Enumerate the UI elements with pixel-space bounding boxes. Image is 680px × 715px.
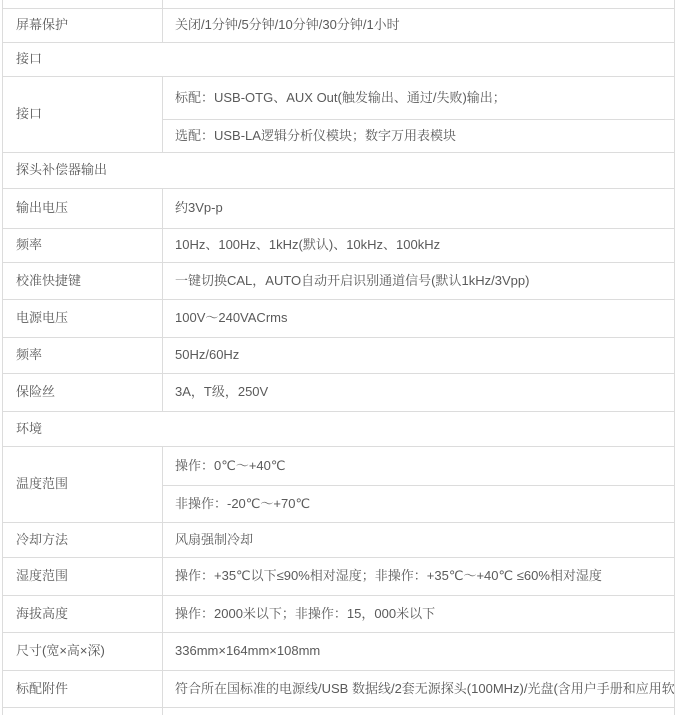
spec-table: 屏幕保护 关闭/1分钟/5分钟/10分钟/30分钟/1小时 接口 接口 标配：U…: [2, 0, 675, 715]
spec-label: 接口: [3, 76, 163, 152]
spec-row: 海拔高度 操作：2000米以下；非操作：15，000米以下: [3, 595, 675, 632]
spec-value: 10Hz、100Hz、1kHz(默认)、10kHz、100kHz: [163, 228, 675, 262]
spec-label: 保险丝: [3, 373, 163, 411]
partial-row-top: [3, 0, 675, 8]
spec-value: 符合所在国标准的电源线/USB 数据线/2套无源探头(100MHz)/光盘(含用…: [163, 670, 675, 707]
spec-label: 温度范围: [3, 446, 163, 522]
spec-value: 一键切换CAL，AUTO自动开启识别通道信号(默认1kHz/3Vpp): [163, 262, 675, 299]
spec-value: 100V～240VACrms: [163, 299, 675, 337]
spec-label: 海拔高度: [3, 595, 163, 632]
spec-row: 接口 标配：USB-OTG、AUX Out(触发输出、通过/失败)输出；: [3, 76, 675, 119]
spec-label: 输出电压: [3, 188, 163, 228]
spec-row: 尺寸(宽×高×深) 336mm×164mm×108mm: [3, 632, 675, 670]
spec-label: 频率: [3, 337, 163, 373]
spec-row: 屏幕保护 关闭/1分钟/5分钟/10分钟/30分钟/1小时: [3, 8, 675, 42]
spec-label: [3, 0, 163, 8]
spec-row: 温度范围 操作：0℃～+40℃: [3, 446, 675, 485]
spec-value: 标配：USB-OTG、AUX Out(触发输出、通过/失败)输出；: [163, 76, 675, 119]
section-title: 探头补偿器输出: [3, 152, 675, 188]
spec-value: [163, 707, 675, 715]
spec-label: 频率: [3, 228, 163, 262]
spec-row: 电源电压 100V～240VACrms: [3, 299, 675, 337]
spec-row: 频率 10Hz、100Hz、1kHz(默认)、10kHz、100kHz: [3, 228, 675, 262]
section-row: 环境: [3, 411, 675, 446]
spec-row: 校准快捷键 一键切换CAL，AUTO自动开启识别通道信号(默认1kHz/3Vpp…: [3, 262, 675, 299]
spec-row: 冷却方法 风扇强制冷却: [3, 522, 675, 557]
spec-row: 标配附件 符合所在国标准的电源线/USB 数据线/2套无源探头(100MHz)/…: [3, 670, 675, 707]
section-row: 探头补偿器输出: [3, 152, 675, 188]
spec-label: 电源电压: [3, 299, 163, 337]
spec-value: [163, 0, 675, 8]
spec-row: 湿度范围 操作：+35℃以下≤90%相对湿度；非操作：+35℃～+40℃ ≤60…: [3, 557, 675, 595]
spec-value: 风扇强制冷却: [163, 522, 675, 557]
spec-label: 校准快捷键: [3, 262, 163, 299]
spec-label: [3, 707, 163, 715]
spec-row: 频率 50Hz/60Hz: [3, 337, 675, 373]
spec-value: 关闭/1分钟/5分钟/10分钟/30分钟/1小时: [163, 8, 675, 42]
section-row: 接口: [3, 42, 675, 76]
spec-value: 操作：0℃～+40℃: [163, 446, 675, 485]
spec-label: 湿度范围: [3, 557, 163, 595]
spec-value: 操作：+35℃以下≤90%相对湿度；非操作：+35℃～+40℃ ≤60%相对湿度: [163, 557, 675, 595]
spec-row: 保险丝 3A，T级，250V: [3, 373, 675, 411]
spec-value: 约3Vp-p: [163, 188, 675, 228]
spec-value: 3A，T级，250V: [163, 373, 675, 411]
section-title: 接口: [3, 42, 675, 76]
spec-value: 选配：USB-LA逻辑分析仪模块；数字万用表模块: [163, 119, 675, 152]
spec-label: 冷却方法: [3, 522, 163, 557]
spec-value: 336mm×164mm×108mm: [163, 632, 675, 670]
spec-value: 操作：2000米以下；非操作：15，000米以下: [163, 595, 675, 632]
partial-row-bottom: [3, 707, 675, 715]
spec-value: 非操作：-20℃～+70℃: [163, 485, 675, 522]
spec-label: 屏幕保护: [3, 8, 163, 42]
spec-row: 输出电压 约3Vp-p: [3, 188, 675, 228]
spec-label: 标配附件: [3, 670, 163, 707]
spec-label: 尺寸(宽×高×深): [3, 632, 163, 670]
section-title: 环境: [3, 411, 675, 446]
spec-value: 50Hz/60Hz: [163, 337, 675, 373]
